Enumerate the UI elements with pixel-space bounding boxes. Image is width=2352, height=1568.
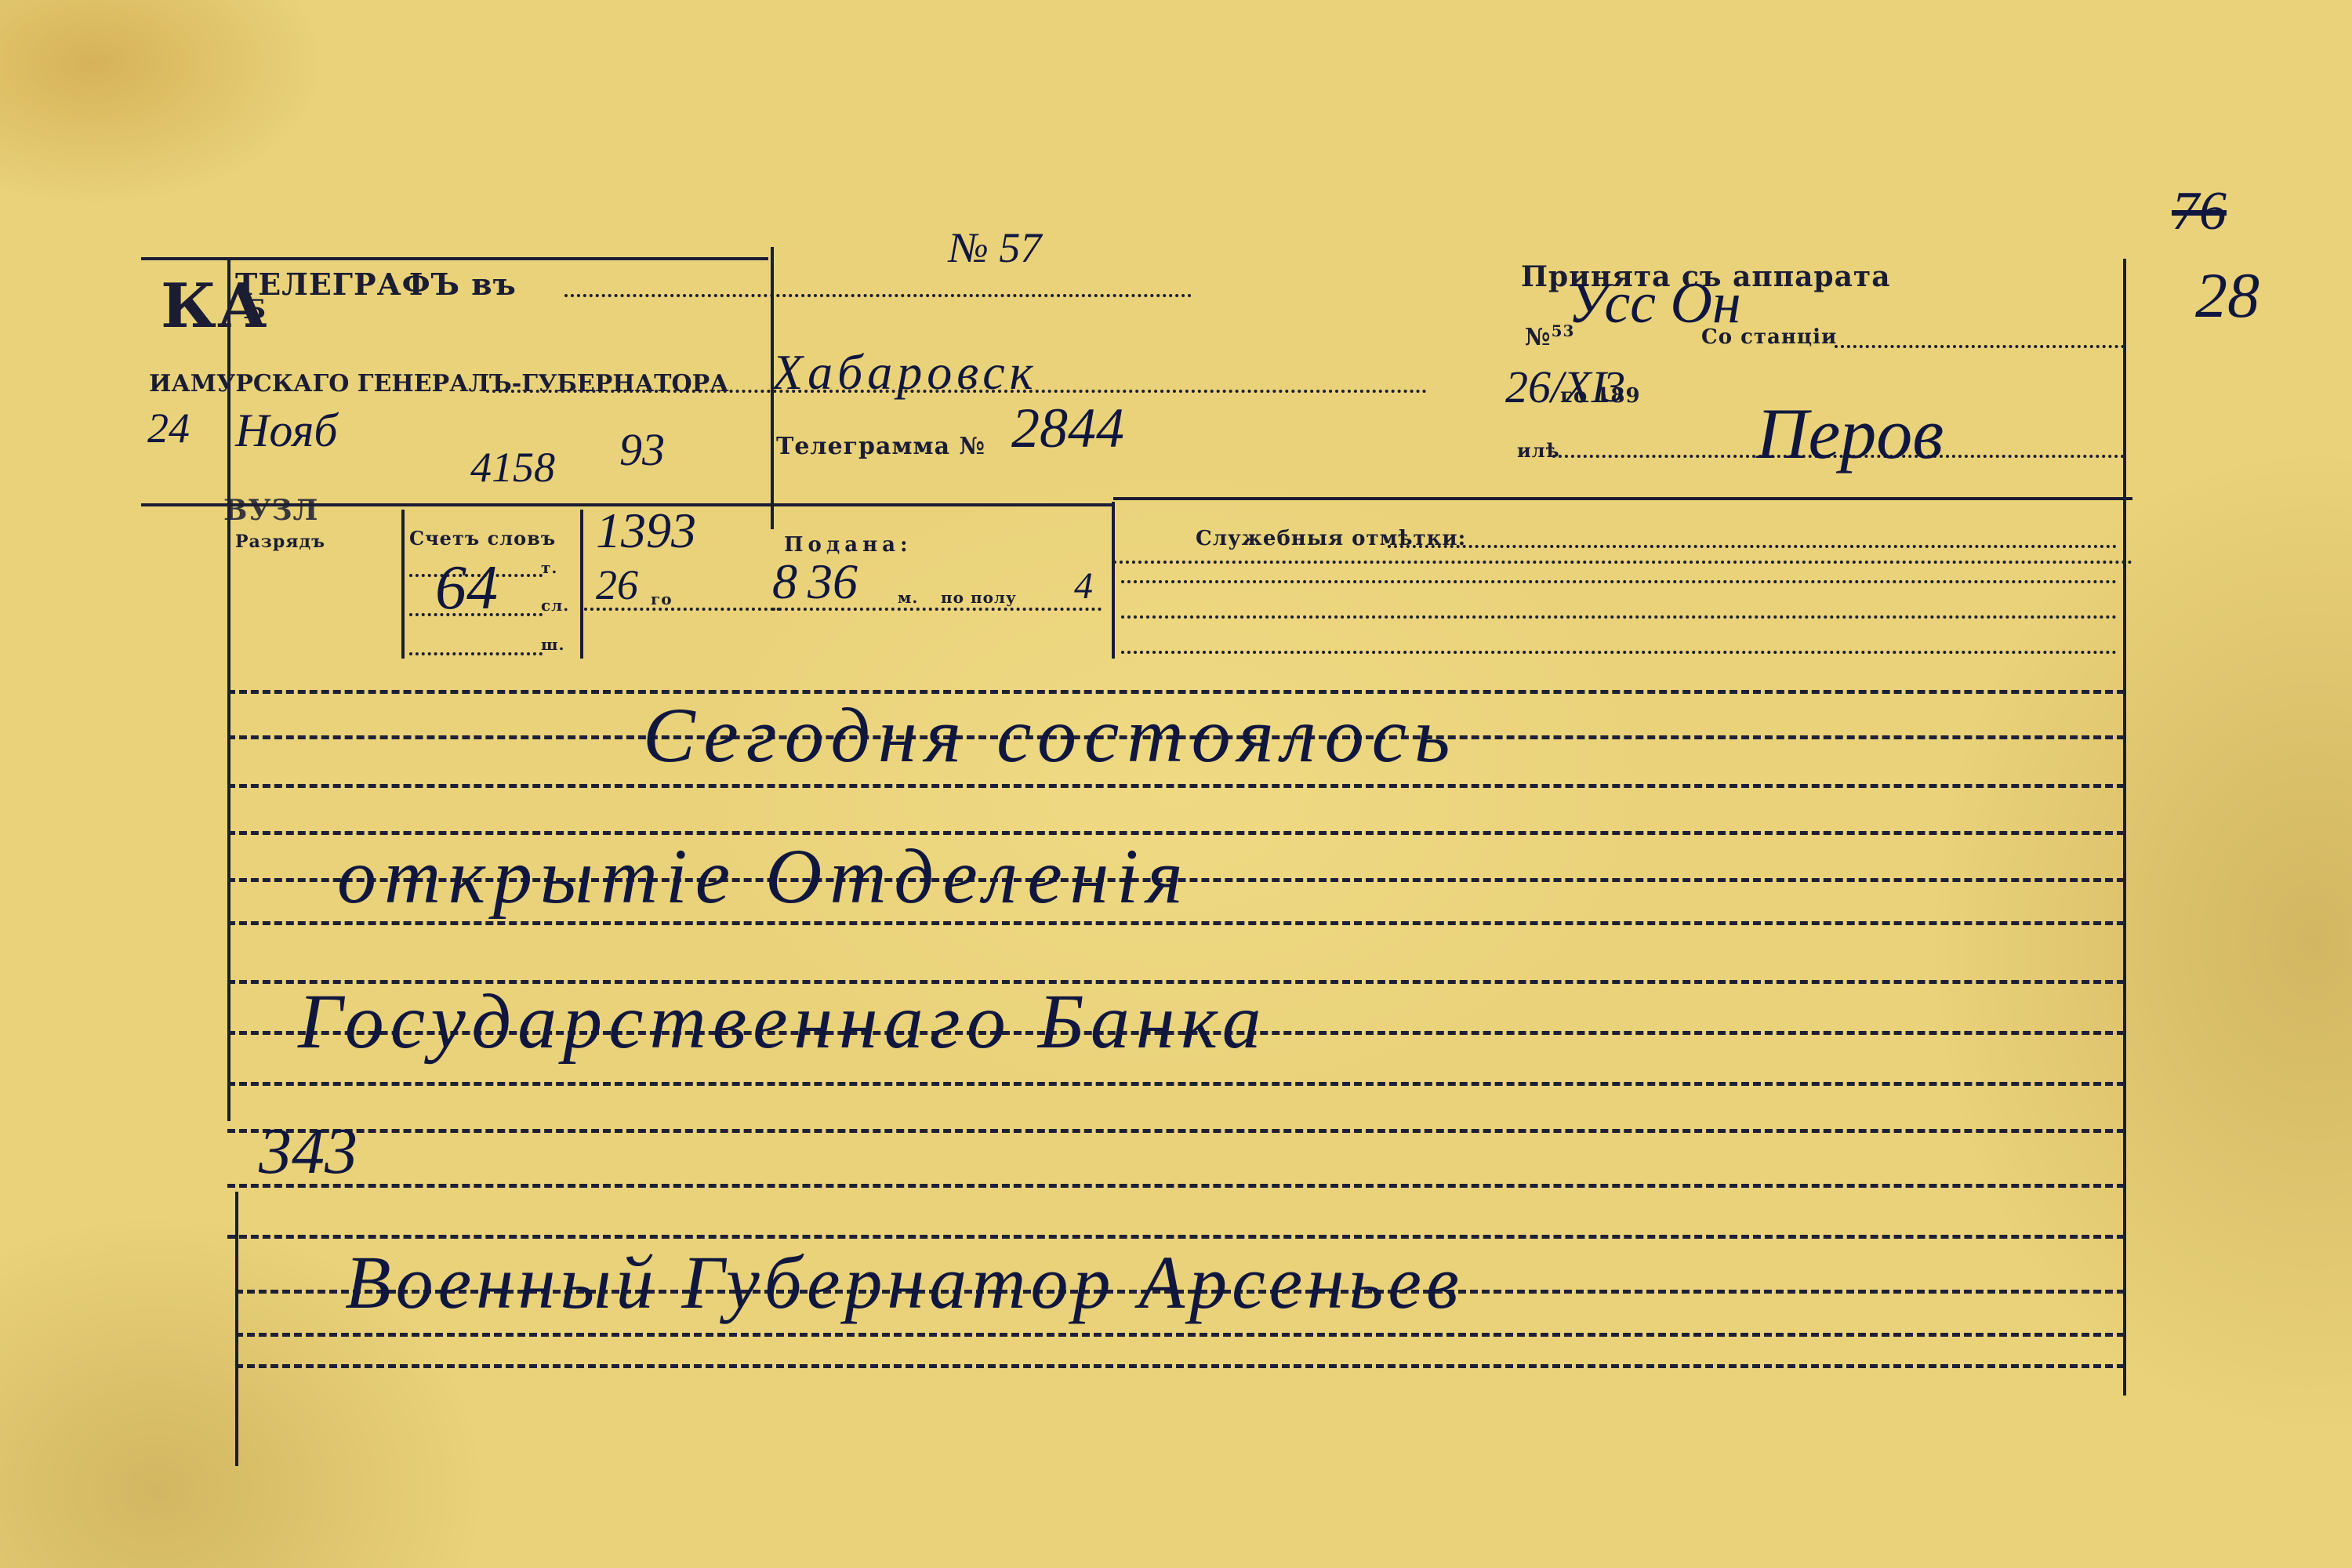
via-label: илѣ xyxy=(1517,439,1560,462)
date-day: 24 xyxy=(147,404,190,452)
telegraph-label: ТЕЛЕГРАФЪ въ xyxy=(235,267,517,302)
date-suffix: го xyxy=(651,590,673,608)
date-year: 93 xyxy=(619,423,665,476)
form-top-border xyxy=(141,257,768,260)
rank-label: Разрядъ xyxy=(235,532,325,552)
message-line-3: Государственнаго Банка xyxy=(298,976,1268,1066)
number-sign: № xyxy=(1525,324,1552,351)
message-rule-3 xyxy=(227,784,2125,788)
submitted-period: по полу xyxy=(941,588,1017,607)
message-rule-10 xyxy=(227,1129,2125,1133)
word-count-row-1-label: т. xyxy=(541,558,557,577)
message-rule-11 xyxy=(227,1184,2125,1188)
word-count-left-border xyxy=(401,510,405,659)
date-dotline xyxy=(584,608,780,611)
submitted-hour: 8 xyxy=(772,553,797,611)
message-line-1: Сегодня состоялось xyxy=(643,690,1458,780)
received-by: Перов xyxy=(1756,392,1944,475)
service-marks-line-4 xyxy=(1121,651,2117,654)
stamp-right: Б xyxy=(243,294,267,325)
service-marks-line-3 xyxy=(1121,615,2117,619)
message-code: 343 xyxy=(259,1113,358,1189)
submitted-time-unit: м. xyxy=(898,588,918,607)
service-marks-left-border xyxy=(1112,502,1115,659)
received-year: 3 xyxy=(1603,362,1625,412)
service-marks-line-1 xyxy=(1388,545,2117,548)
telegram-number-label: Телеграмма № xyxy=(776,433,985,460)
word-count: 64 xyxy=(435,553,498,624)
telegraph-dotline xyxy=(564,294,1192,297)
word-count-row-2-label: сл. xyxy=(541,596,569,615)
date-month: Нояб xyxy=(235,404,338,458)
message-rule-9 xyxy=(227,1082,2125,1086)
year-label: го 189 xyxy=(1560,384,1641,408)
margin-top-number: 76 xyxy=(2172,180,2227,243)
submitted-dotline xyxy=(772,608,1102,611)
signature-left-border xyxy=(235,1192,238,1466)
message-rule-15 xyxy=(235,1364,2125,1368)
word-count-label: Счетъ словъ xyxy=(409,527,556,550)
ref-4158: 4158 xyxy=(470,443,555,492)
received-dotline-2 xyxy=(1113,561,2132,564)
service-marks-line-2 xyxy=(1121,580,2117,583)
signature: Военный Губернатор Арсеньев xyxy=(345,1239,1464,1326)
stamp-number: 1393 xyxy=(596,502,696,560)
message-line-2: открытіе Отделенія xyxy=(337,831,1191,921)
station-dotline xyxy=(1835,345,2125,348)
number-label: №53 xyxy=(1525,321,1574,351)
form-right-border xyxy=(2123,259,2126,1396)
message-rule-6 xyxy=(227,921,2125,925)
rank-stamp: ВУЗЛ xyxy=(223,494,318,527)
received-from: Усс Он xyxy=(1568,270,1741,337)
word-count-row-3 xyxy=(409,652,543,655)
office-line: ИАМУРСКАГО ГЕНЕРАЛЪ-ГУБЕРНАТОРА xyxy=(149,370,729,397)
submitted-minutes: 36 xyxy=(808,553,858,611)
office-entry: Хабаровск xyxy=(772,343,1038,401)
message-rule-14 xyxy=(235,1333,2125,1337)
word-count-right-border xyxy=(580,510,583,659)
word-count-row-3-label: ш. xyxy=(541,635,564,654)
telegram-number: 2844 xyxy=(1011,396,1124,461)
submitted-period-num: 4 xyxy=(1074,564,1093,608)
received-bottom-rule xyxy=(1113,497,2132,500)
submitted-day: 26 xyxy=(596,561,638,609)
ref-top: № 57 xyxy=(949,223,1041,272)
margin-second-number: 28 xyxy=(2195,259,2259,332)
